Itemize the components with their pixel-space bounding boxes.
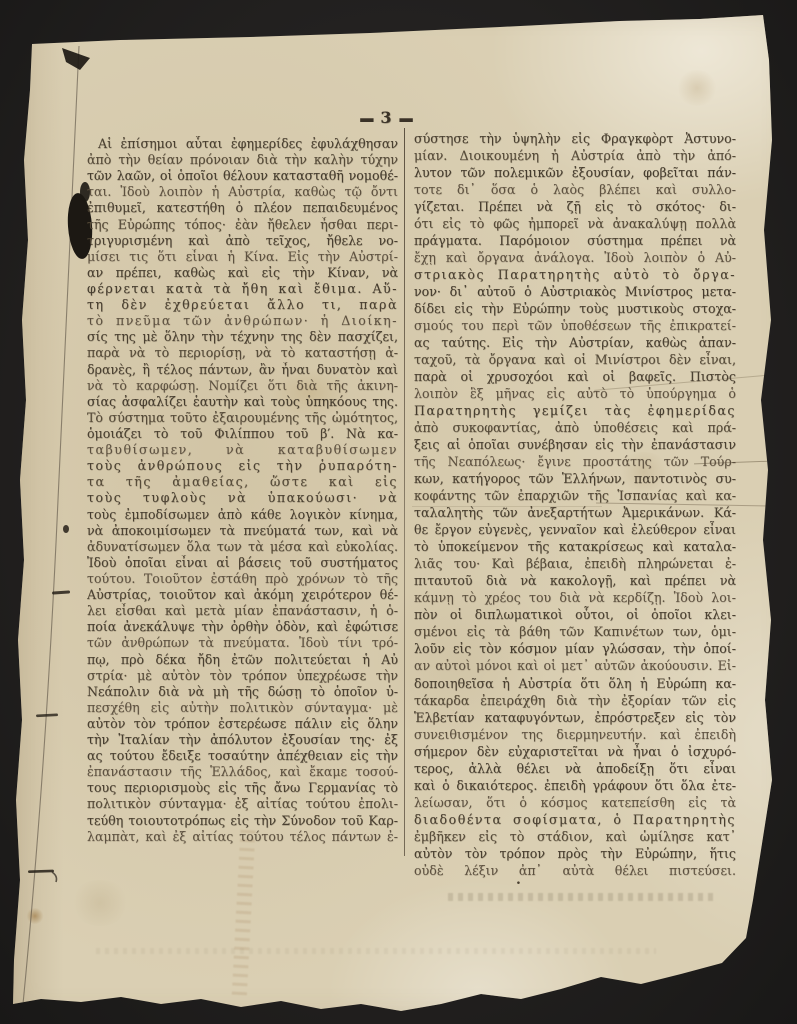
text-line: κοφάντης τῶν ἐπαρχιῶν τῆς Ἱσπανίας καὶ κ… bbox=[414, 487, 736, 504]
text-line: παρὰ νὰ τὸ περιορίσῃ, νὰ τὸ καταστήσῃ ἀ- bbox=[87, 345, 398, 361]
text-line: νὰ ἀποκοιμίσωμεν τὰ πνεύματά των, καὶ νὰ bbox=[87, 523, 398, 539]
text-line: ἐπιθυμεῖ, κατεστήθη ὁ πλέον πεπαιδευμένο… bbox=[87, 200, 398, 216]
text-line: τοὺς ἀνθρώπους εἰς τὴν ῥυπαρότη- bbox=[87, 458, 398, 474]
text-line: ται. Ἰδοὺ λοιπὸν ἡ Αὐστρία, καθὼς τῷ ὄντ… bbox=[87, 184, 398, 200]
text-line: ὁμοιάζει τὸ τοῦ Φιλίππου τοῦ β′. Νὰ κα- bbox=[87, 426, 398, 442]
text-line: δρανὲς, ἢ τέλος πάντων, ἂν ἦναι δυνατὸν … bbox=[87, 362, 398, 378]
text-line: ταλαλητὴς τῶν ἀνεξαρτήτων Ἀμερικάνων. Κά… bbox=[414, 504, 736, 521]
text-line: τούτου. Τοιοῦτον ἐστάθη πρὸ χρόνων τὸ τῆ… bbox=[87, 571, 398, 587]
text-line: νον· δι᾽ αὐτοῦ ὁ Αὐστριακὸς Μινίστρος με… bbox=[414, 283, 736, 300]
text-line: τὴν Ἰταλίαν τὴν ἀπόλυτον ἐξουσίαν της· ἐ… bbox=[87, 732, 398, 748]
text-line: τῆς Εὐρώπης τόπος· ἐὰν ἤθελεν ἦσθαι περι… bbox=[87, 217, 398, 233]
text-line: ας τούτου ἔδειξε τοσαύτην ἀπέχθειαν εἰς … bbox=[87, 748, 398, 764]
text-line: κων, κατήγορος τῶν Ἑλλήνων, παντοτινὸς σ… bbox=[414, 470, 736, 487]
text-line: τους περιορισμοὺς εἰς τῆς ἄνω Γερμανίας … bbox=[87, 780, 398, 796]
text-line: λοιπὸν ἓξ μῆνας εἰς αὐτὸ τὸ ὑπούργημα ὁ bbox=[414, 385, 736, 402]
text-line: Ἑλβετίαν καταφυγόντων, ἐπρόστρεξεν εἰς τ… bbox=[414, 709, 736, 726]
text-line: κάμνῃ τὸ χρέος του διὰ νὰ κερδίζῃ. Ἰδοὺ … bbox=[414, 589, 736, 606]
text-line: σίς της μὲ ὅλην τὴν τέχνην της δὲν πασχί… bbox=[87, 329, 398, 345]
text-line: ἀπὸ συκοφαντίας, ἀπὸ ὑποθέσεις καὶ πρά- bbox=[414, 419, 736, 436]
text-line: φέρνεται κατὰ τὰ ἤθη καὶ ἔθιμα. Αὕ- bbox=[87, 281, 398, 297]
text-line: τὸ πνεῦμα τῶν ἀνθρώπων· ἡ Διοίκη- bbox=[87, 313, 398, 329]
text-line: ποία ἀνεκάλυψε τὴν ὀρθὴν ὁδὸν, καὶ ἐφώτι… bbox=[87, 619, 398, 635]
text-line: στρία· μὲ αὐτὸν τὸν τρόπον ὑπεχρέωσε τὴν bbox=[87, 668, 398, 684]
text-line: μίσει τις ὅτι εἶναι ἡ Κίνα. Εἰς τὴν Αὐστ… bbox=[87, 249, 398, 265]
text-line: καὶ ὁ δικαιότερος. ἐπειδὴ γράφουν ὅτι ὅλ… bbox=[414, 777, 736, 794]
text-line: τη δὲν ἐχθρεύεται ἄλλο τι, παρὰ bbox=[87, 297, 398, 313]
text-line: ξεις αἱ ὁποῖαι συνέβησαν εἰς τὴν ἐπανάστ… bbox=[414, 436, 736, 453]
text-line: Τὸ σύστημα τοῦτο ἐξαιρουμένης τῆς ὠμότητ… bbox=[87, 410, 398, 426]
text-line: ἐπανάστασιν τῆς Ἑλλάδος, καὶ ἔκαμε τοσού… bbox=[87, 764, 398, 780]
text-line: αν αὐτοὶ μόνοι καὶ οἱ μετ᾽ αὐτῶν ἀκούουσ… bbox=[414, 657, 736, 674]
text-line: αὐτὸν τὸν τρόπον ἐστερέωσε πάλιν εἰς ὅλη… bbox=[87, 716, 398, 732]
text-line: ταβυθίσωμεν, νὰ καταβυθίσωμεν bbox=[87, 442, 398, 458]
text-line: σήμερον δὲν εὐχαριστεῖται νὰ ἦναι ὁ ἰσχυ… bbox=[414, 743, 736, 760]
text-line: ἔχῃ καὶ ὄργανα ἀνάλογα. Ἰδοὺ λοιπὸν ὁ Αὐ… bbox=[414, 249, 736, 266]
text-line: τῶν λαῶν, οἱ ὁποῖοι θέλουν κατασταθῆ νομ… bbox=[87, 168, 398, 184]
text-line: πῳ, πρὸ δέκα ἤδη ἐτῶν πολιτεύεται ἡ Αὐ bbox=[87, 652, 398, 668]
text-line: τα τῆς ἀμαθείας, ὥστε καὶ εἰς bbox=[87, 474, 398, 490]
text-line: γίζεται. Πρέπει νὰ ζῇ εἰς τὸ σκότος· δι- bbox=[414, 198, 736, 215]
text-line: παρὰ οἱ χρυσοχόοι καὶ οἱ βαφεῖς. Πιστὸς bbox=[414, 368, 736, 385]
text-line: λοῦν εἰς τὸν κόσμον μίαν γλώσσαν, τὴν ὁπ… bbox=[414, 640, 736, 657]
text-line: ότι εἰς τὸ φῶς ἠμπορεῖ νὰ ἀνακαλύψῃ πολλ… bbox=[414, 215, 736, 232]
text-line: σίας ἀσφαλίζει ἑαυτὴν καὶ τοὺς ὑπηκόους … bbox=[87, 394, 398, 410]
text-line: σύστησε τὴν ὑψηλὴν εἰς Φραγκφὸρτ Ἀστυνο- bbox=[414, 130, 736, 147]
text-column-left: Αἱ ἐπίσημοι αὗται ἐφημερίδες ἐφυλάχθησαν… bbox=[87, 136, 398, 845]
text-line: τερος, ἀλλὰ θέλει νὰ ἀποδείξῃ ὅτι εἶναι bbox=[414, 760, 736, 777]
text-line: λει εἶσθαι καὶ μετὰ μίαν ἐπανάστασιν, ἡ … bbox=[87, 603, 398, 619]
text-line: τῆς Νεαπόλεως· ἔγινε προστάτης τῶν Τούρ- bbox=[414, 453, 736, 470]
document-page: — 3 — Αἱ ἐπίσημοι αὗται ἐφημερίδες ἐφυλά… bbox=[0, 0, 797, 1024]
header-dash-right: — bbox=[399, 99, 413, 137]
text-line: Ἰδοὺ ὁποῖαι εἶναι αἱ βάσεις τοῦ συστήματ… bbox=[87, 555, 398, 571]
text-line: τεύθη τοιουτοτρόπως εἰς τὴν Σύνοδον τοῦ … bbox=[87, 813, 398, 829]
text-line: λαμπὰτ, καὶ ἐξ αἰτίας τούτου τέλος πάντω… bbox=[87, 829, 398, 845]
text-line: Νεάπολιν διὰ νὰ μὴ τῆς δώσῃ τὸ ὁποῖον ὑ- bbox=[87, 684, 398, 700]
text-line: οὐδὲ λέξιν ἀπ᾽ αὐτὰ θέλει πιστεύσει. bbox=[414, 862, 736, 879]
text-line: λιᾶς του· Καὶ βέβαια, ἐπειδὴ πληρώνεται … bbox=[414, 555, 736, 572]
text-line: στριακὸς Παρατηρητὴς αὐτὸ τὸ ὄργα- bbox=[414, 266, 736, 283]
text-line: συνειθισμένον της διερμηνευτήν. καὶ ἐπει… bbox=[414, 726, 736, 743]
text-line: θε ἔργον εὐγενὲς, γενναῖον καὶ ἐλεύθερον… bbox=[414, 521, 736, 538]
text-line: πράγματα. Παρόμοιον σύστημα πρέπει νὰ bbox=[414, 232, 736, 249]
text-line: ἐμβῆκεν εἰς τὸ στάδιον, καὶ ὡμίλησε κατ᾽ bbox=[414, 828, 736, 845]
text-column-right: σύστησε τὴν ὑψηλὴν εἰς Φραγκφὸρτ Ἀστυνο-… bbox=[414, 130, 736, 879]
text-line: σμούς του περὶ τῶν ὑποθέσεων τῆς ἐπικρατ… bbox=[414, 317, 736, 334]
text-line: αν πρέπει, καθὼς καὶ εἰς τὴν Κίναν, νὰ bbox=[87, 265, 398, 281]
text-line: τῶν ἀνθρώπων τὰ πνεύματα. Ἰδοὺ τίνι τρό- bbox=[87, 635, 398, 651]
text-line: τάκαρδα ἐπειράχθη διὰ τὴν ἐξορίαν τῶν εἰ… bbox=[414, 692, 736, 709]
text-line: διαδοθέντα σοφίσματα, ὁ Παρατηρητὴς bbox=[414, 811, 736, 828]
text-line: σμένοι εἰς τὰ βάθη τῶν Καπινέτων των, ὁμ… bbox=[414, 623, 736, 640]
scan-background: — 3 — Αἱ ἐπίσημοι αὗται ἐφημερίδες ἐφυλά… bbox=[0, 0, 797, 1024]
text-line: Αἱ ἐπίσημοι αὗται ἐφημερίδες ἐφυλάχθησαν bbox=[87, 136, 398, 152]
text-line: δοποιηθεῖσα ἡ Αὐστρία ὅτι ὅλη ἡ Εὐρώπη κ… bbox=[414, 675, 736, 692]
text-line: Παρατηρητὴς γεμίζει τὰς ἐφημερίδας του bbox=[414, 402, 736, 419]
column-divider bbox=[404, 128, 405, 856]
text-line: λείωσαν, ὅτι ὁ κόσμος κατεπείσθη εἰς τὰ bbox=[414, 794, 736, 811]
text-line: αὐτὸν τὸν τρόπον πρὸς τὴν Εὐρώπην, ἥτις bbox=[414, 845, 736, 862]
text-line: ας ταύτης. Εἰς τὴν Αὐστρίαν, καθὼς ἁπαν- bbox=[414, 334, 736, 351]
text-line: πεσχέθη εἰς αὐτὴν πολιτικὸν σύνταγμα· μὲ bbox=[87, 700, 398, 716]
text-line: τοὺς τυφλοὺς νὰ ὑπακούωσι· νὰ bbox=[87, 490, 398, 506]
end-mark-dot: . bbox=[516, 872, 521, 888]
text-line: Αὐστρίας, τοιοῦτον καὶ ἀκόμη χειρότερον … bbox=[87, 587, 398, 603]
page-header: — 3 — bbox=[336, 108, 436, 127]
text-line: πὸν οἱ διπλωματικοὶ οὗτοι, οἱ ὁποῖοι κλε… bbox=[414, 606, 736, 623]
text-line: μίαν. Διοικουμένη ἡ Αὐστρία ἀπὸ τὴν ἀπό- bbox=[414, 147, 736, 164]
text-line: τοὺς ἐμποδίσωμεν ἀπὸ κάθε λογικὸν κίνημα… bbox=[87, 507, 398, 523]
header-dash-left: — bbox=[359, 99, 373, 137]
text-line: πιταυτοῦ διὰ νὰ κακολογῇ, καὶ πρέπει νὰ bbox=[414, 572, 736, 589]
text-line: λυτον τῶν πολεμικῶν ἐξουσίαν, φοβεῖται π… bbox=[414, 164, 736, 181]
page-number: 3 bbox=[380, 108, 391, 127]
text-line: ἀπὸ τὴν θείαν πρόνοιαν διὰ τὴν καλὴν τύχ… bbox=[87, 152, 398, 168]
text-line: ταχοῦ, τὰ ὄργανα καὶ οἱ Μινίστροι δὲν εἶ… bbox=[414, 351, 736, 368]
text-line: δίδει εἰς τὴν Εὐρώπην τοὺς μυστικοὺς στο… bbox=[414, 300, 736, 317]
text-line: ἀδυνατίσωμεν ὅλα των τὰ μέσα καὶ εὐκολία… bbox=[87, 539, 398, 555]
text-line: τὸ ὑποκείμενον τῆς κατακρίσεως καὶ καταλ… bbox=[414, 538, 736, 555]
text-line: πολιτικὸν σύνταγμα· ἐξ αἰτίας τούτου ἐπο… bbox=[87, 796, 398, 812]
text-line: τοτε δι᾽ ὅσα ὁ λαὸς βλέπει καὶ συλλο- bbox=[414, 181, 736, 198]
text-line: νὰ τὸ καρφώσῃ. Νομίζει ὅτι διὰ τῆς ἀκινη… bbox=[87, 378, 398, 394]
text-line: τριγυρισμένη καὶ ἀπὸ τεῖχος, ἤθελε νο- bbox=[87, 233, 398, 249]
